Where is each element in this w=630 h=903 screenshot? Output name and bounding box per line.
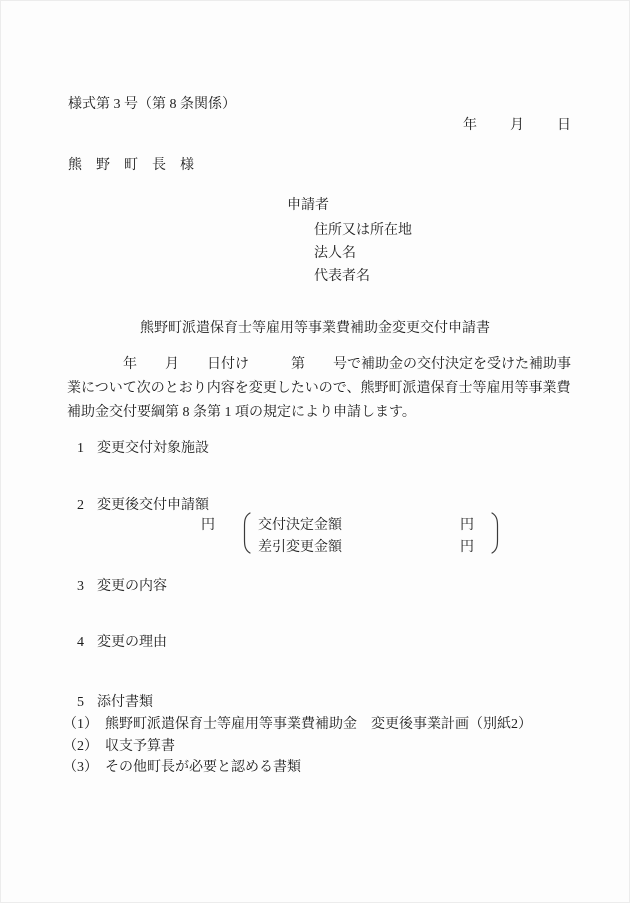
attachment-item-3: （3） その他町長が必要と認める書類 bbox=[63, 758, 301, 778]
body-paragraph: 年 月 日付け 第 号で補助金の交付決定を受けた補助事 業について次のとおり内容… bbox=[67, 353, 567, 425]
document-page: 様式第 3 号（第 8 条関係） 年 月 日 熊 野 町 長 様 申請者 住所又… bbox=[0, 0, 630, 903]
amount-row-difference: 差引変更金額 円 bbox=[258, 537, 474, 559]
body-line-3: 補助金交付要綱第 8 条第 1 項の規定により申請します。 bbox=[67, 401, 567, 425]
applicant-representative-label: 代表者名 bbox=[314, 265, 370, 285]
section-5-label: 添付書類 bbox=[97, 693, 153, 713]
section-1-number: 1 bbox=[77, 439, 97, 459]
section-5: 5 添付書類 bbox=[77, 693, 153, 713]
section-2-label: 変更後交付申請額 bbox=[97, 496, 209, 516]
amount-row-decided-label: 交付決定金額 bbox=[258, 515, 342, 537]
date-line: 年 月 日 bbox=[463, 116, 571, 136]
amount-row-decided-unit: 円 bbox=[460, 515, 474, 537]
section-4-label: 変更の理由 bbox=[97, 633, 167, 653]
amount-bracket-left-icon bbox=[239, 511, 253, 555]
amount-row-decided: 交付決定金額 円 bbox=[258, 515, 474, 537]
amount-rows: 交付決定金額 円 差引変更金額 円 bbox=[258, 515, 474, 559]
section-5-number: 5 bbox=[77, 693, 97, 713]
amount-unit-left: 円 bbox=[201, 516, 215, 536]
addressee: 熊 野 町 長 様 bbox=[68, 156, 194, 176]
section-1: 1 変更交付対象施設 bbox=[77, 439, 209, 459]
date-month-label: 月 bbox=[510, 116, 524, 136]
applicant-address-label: 住所又は所在地 bbox=[314, 219, 412, 239]
applicant-label: 申請者 bbox=[287, 196, 329, 216]
document-title: 熊野町派遣保育士等雇用等事業費補助金変更交付申請書 bbox=[1, 317, 629, 337]
amount-row-difference-unit: 円 bbox=[460, 537, 474, 559]
form-number: 様式第 3 号（第 8 条関係） bbox=[68, 95, 236, 115]
amount-row-difference-label: 差引変更金額 bbox=[258, 537, 342, 559]
applicant-corporate-name-label: 法人名 bbox=[314, 242, 356, 262]
amount-bracket-right-icon bbox=[489, 511, 503, 555]
section-3-label: 変更の内容 bbox=[97, 577, 167, 597]
attachment-item-2: （2） 収支予算書 bbox=[63, 737, 175, 757]
body-line-2: 業について次のとおり内容を変更したいので、熊野町派遣保育士等雇用等事業費 bbox=[67, 377, 567, 401]
section-2-number: 2 bbox=[77, 496, 97, 516]
body-line-1: 年 月 日付け 第 号で補助金の交付決定を受けた補助事 bbox=[67, 353, 567, 377]
section-1-label: 変更交付対象施設 bbox=[97, 439, 209, 459]
attachment-item-1: （1） 熊野町派遣保育士等雇用等事業費補助金 変更後事業計画（別紙2） bbox=[63, 715, 532, 735]
date-day-label: 日 bbox=[557, 116, 571, 136]
date-year-label: 年 bbox=[463, 116, 477, 136]
section-3: 3 変更の内容 bbox=[77, 577, 167, 597]
section-3-number: 3 bbox=[77, 577, 97, 597]
section-4-number: 4 bbox=[77, 633, 97, 653]
section-2: 2 変更後交付申請額 bbox=[77, 496, 209, 516]
section-4: 4 変更の理由 bbox=[77, 633, 167, 653]
